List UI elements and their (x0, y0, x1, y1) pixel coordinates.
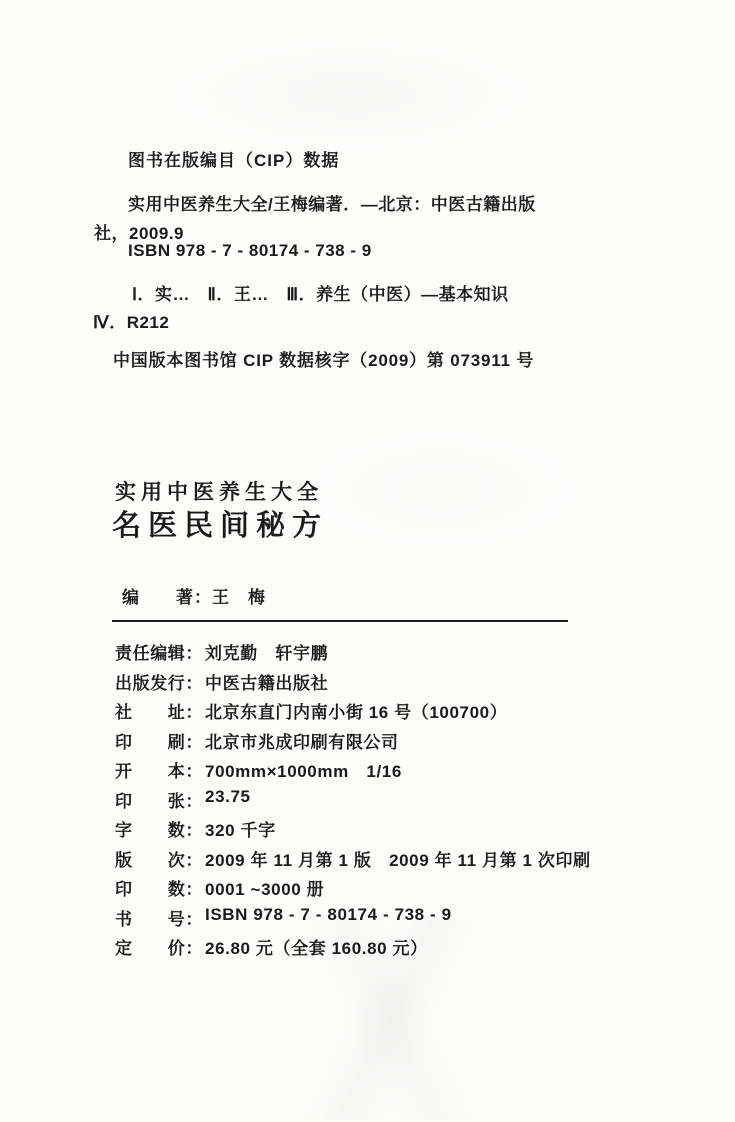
info-colon: ： (185, 787, 203, 812)
info-colon: ： (185, 905, 203, 930)
divider-rule (112, 620, 568, 622)
cip-record-number: 中国版本图书馆 CIP 数据核字（2009）第 073911 号 (113, 346, 534, 371)
info-row-publisher: 出版发行：中医古籍出版社 (115, 669, 591, 699)
info-colon: ： (185, 934, 203, 959)
scan-artifact (170, 40, 530, 150)
cip-isbn: ISBN 978 - 7 - 80174 - 738 - 9 (128, 241, 372, 261)
cip-description-line1: 实用中医养生大全/王梅编著．—北京：中医古籍出版 (94, 190, 536, 219)
series-title: 实用中医养生大全 (115, 476, 323, 506)
info-row-edition: 版 次：2009 年 11 月第 1 版 2009 年 11 月第 1 次印刷 (115, 846, 591, 876)
info-value: 26.80 元（全套 160.80 元） (205, 934, 428, 959)
info-colon: ： (185, 757, 203, 782)
info-value: 2009 年 11 月第 1 版 2009 年 11 月第 1 次印刷 (205, 846, 591, 871)
info-value: 中医古籍出版社 (205, 669, 328, 694)
info-value: 刘克勤 轩宇鹏 (205, 639, 328, 664)
info-colon: ： (185, 875, 203, 900)
book-title: 名医民间秘方 (112, 503, 328, 544)
info-value: 北京东直门内南小街 16 号（100700） (205, 698, 507, 723)
info-value: ISBN 978 - 7 - 80174 - 738 - 9 (205, 905, 452, 925)
info-row-editor: 责任编辑：刘克勤 轩宇鹏 (115, 639, 591, 669)
info-value: 23.75 (205, 787, 251, 807)
info-label: 印 刷 (115, 728, 185, 753)
info-row-price: 定 价：26.80 元（全套 160.80 元） (115, 934, 591, 964)
info-label: 印 张 (115, 787, 185, 812)
info-row-word-count: 字 数：320 千字 (115, 816, 591, 846)
info-row-sheets: 印 张：23.75 (115, 787, 591, 817)
info-row-book-number: 书 号：ISBN 978 - 7 - 80174 - 738 - 9 (115, 905, 591, 935)
info-label: 开 本 (115, 757, 185, 782)
author-line: 编 著：王 梅 (122, 583, 266, 608)
author-name: 王 梅 (212, 588, 266, 607)
author-colon: ： (194, 588, 212, 607)
info-colon: ： (185, 728, 203, 753)
info-value: 北京市兆成印刷有限公司 (205, 728, 399, 753)
cip-description: 实用中医养生大全/王梅编著．—北京：中医古籍出版 社，2009.9 (94, 190, 536, 248)
info-label: 责任编辑 (115, 639, 185, 664)
info-label: 书 号 (115, 905, 185, 930)
info-colon: ： (185, 669, 203, 694)
cip-heading: 图书在版编目（CIP）数据 (128, 146, 339, 171)
cip-classification-line1: Ⅰ．实… Ⅱ．王… Ⅲ．养生（中医）—基本知识 (93, 281, 509, 309)
info-label: 字 数 (115, 816, 185, 841)
info-row-format: 开 本：700mm×1000mm 1/16 (115, 757, 591, 787)
info-colon: ： (185, 698, 203, 723)
info-row-address: 社 址：北京东直门内南小街 16 号（100700） (115, 698, 591, 728)
book-copyright-page: 图书在版编目（CIP）数据 实用中医养生大全/王梅编著．—北京：中医古籍出版 社… (0, 0, 735, 1122)
scan-artifact (300, 430, 580, 550)
cip-classification-line2: Ⅳ．R212 (93, 309, 509, 337)
info-label: 定 价 (115, 934, 185, 959)
cip-classification: Ⅰ．实… Ⅱ．王… Ⅲ．养生（中医）—基本知识 Ⅳ．R212 (93, 281, 509, 337)
author-label: 编 著 (122, 588, 194, 607)
colophon: 责任编辑：刘克勤 轩宇鹏 出版发行：中医古籍出版社 社 址：北京东直门内南小街 … (115, 639, 591, 964)
info-label: 印 数 (115, 875, 185, 900)
info-row-print-run: 印 数：0001 ~3000 册 (115, 875, 591, 905)
info-label: 版 次 (115, 846, 185, 871)
info-colon: ： (185, 639, 203, 664)
info-value: 700mm×1000mm 1/16 (205, 757, 402, 782)
info-label: 社 址 (115, 698, 185, 723)
info-value: 0001 ~3000 册 (205, 875, 324, 900)
info-value: 320 千字 (205, 816, 276, 841)
info-row-printer: 印 刷：北京市兆成印刷有限公司 (115, 728, 591, 758)
info-label: 出版发行 (115, 669, 185, 694)
info-colon: ： (185, 846, 203, 871)
info-colon: ： (185, 816, 203, 841)
